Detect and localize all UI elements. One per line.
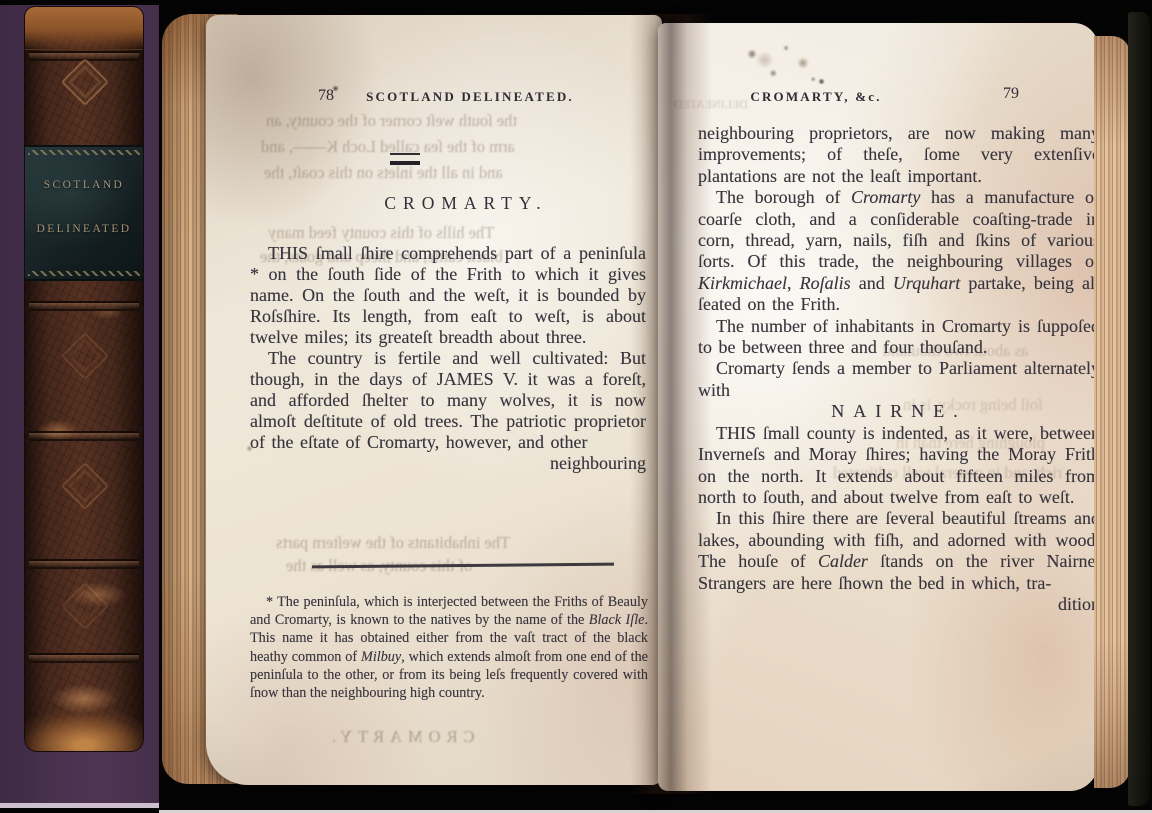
body-paragraph: Cromarty ſends a member to Parliament al… — [698, 358, 1100, 401]
spine-band — [29, 431, 139, 441]
spine-title-line2: DELINEATED — [25, 223, 143, 235]
body-paragraph: The country is fertile and well cultivat… — [250, 348, 646, 453]
body-paragraph: THIS ſmall county is indented, as it wer… — [698, 423, 1100, 509]
page-body-text: neighbouring proprietors, are now making… — [698, 123, 1100, 615]
spine-band — [29, 559, 139, 569]
body-paragraph: neighbouring proprietors, are now making… — [698, 123, 1100, 187]
ghost-showthrough-text: arm of the ſea called Loch K——, and — [261, 137, 515, 157]
running-header: SCOTLAND DELINEATED. — [366, 89, 574, 105]
running-header: CROMARTY, &c. — [750, 89, 881, 105]
ghost-showthrough-text: DELINEATED — [674, 97, 748, 112]
spine-diamond-ornament — [61, 582, 109, 630]
left-page: the ſouth weſt corner of the county, an … — [206, 15, 662, 785]
footnote-paragraph: * The peninſula, which is interjected be… — [250, 593, 648, 702]
ghost-showthrough-text: and in all the inlets on this coaſt, the — [264, 163, 503, 183]
spine-tailcap-worn — [25, 695, 143, 751]
back-cover-edge — [1128, 12, 1150, 806]
catchword: neighbouring — [250, 453, 646, 474]
body-paragraph: The number of inhabitants in Cromarty is… — [698, 316, 1100, 359]
label-border-ornament — [28, 150, 140, 155]
page-body-text: THIS ſmall ſhire comprehends part of a p… — [250, 243, 646, 474]
spine-diamond-ornament — [61, 332, 109, 380]
spine-band — [29, 653, 139, 663]
book-photograph: SCOTLAND DELINEATED the ſouth weſt corne… — [0, 0, 1152, 813]
label-border-ornament — [28, 271, 140, 276]
ink-stain — [332, 85, 339, 92]
body-paragraph: In this ſhire there are ſeveral beautifu… — [698, 508, 1100, 594]
page-edge-stack-right — [1094, 36, 1130, 788]
section-heading-cromarty: CROMARTY. — [238, 193, 694, 214]
footnote: * The peninſula, which is interjected be… — [250, 593, 648, 702]
body-paragraph: The borough of Cromarty has a manufactur… — [698, 187, 1100, 315]
ghost-showthrough-text: The inhabitants of the weſtern parts — [276, 533, 510, 553]
page-number: 79 — [1003, 85, 1019, 103]
spine-title-label: SCOTLAND DELINEATED — [25, 145, 143, 281]
footnote-rule — [312, 563, 614, 569]
ink-stain — [818, 78, 825, 85]
spine-headcap — [25, 7, 143, 50]
ghost-showthrough-text: The hills of this county feed many — [268, 223, 494, 243]
section-heading-nairne: NAIRNE. — [698, 401, 1100, 422]
catchword: dition — [698, 594, 1100, 615]
section-divider-rule — [390, 153, 420, 165]
ghost-showthrough-text: the ſouth weſt corner of the county, an — [266, 111, 517, 131]
ghost-showthrough-text: CROMARTY. — [326, 727, 475, 747]
spine-band — [29, 301, 139, 311]
ink-stain — [246, 445, 253, 452]
spine-diamond-ornament — [61, 462, 109, 510]
ink-stain — [735, 30, 820, 90]
body-paragraph: THIS ſmall ſhire comprehends part of a p… — [250, 243, 646, 348]
book-spine: SCOTLAND DELINEATED — [25, 7, 143, 751]
spine-diamond-ornament — [61, 58, 109, 106]
spine-title-line1: SCOTLAND — [25, 179, 143, 191]
right-page: DELINEATED as about two thouſand ſoil be… — [658, 23, 1098, 791]
